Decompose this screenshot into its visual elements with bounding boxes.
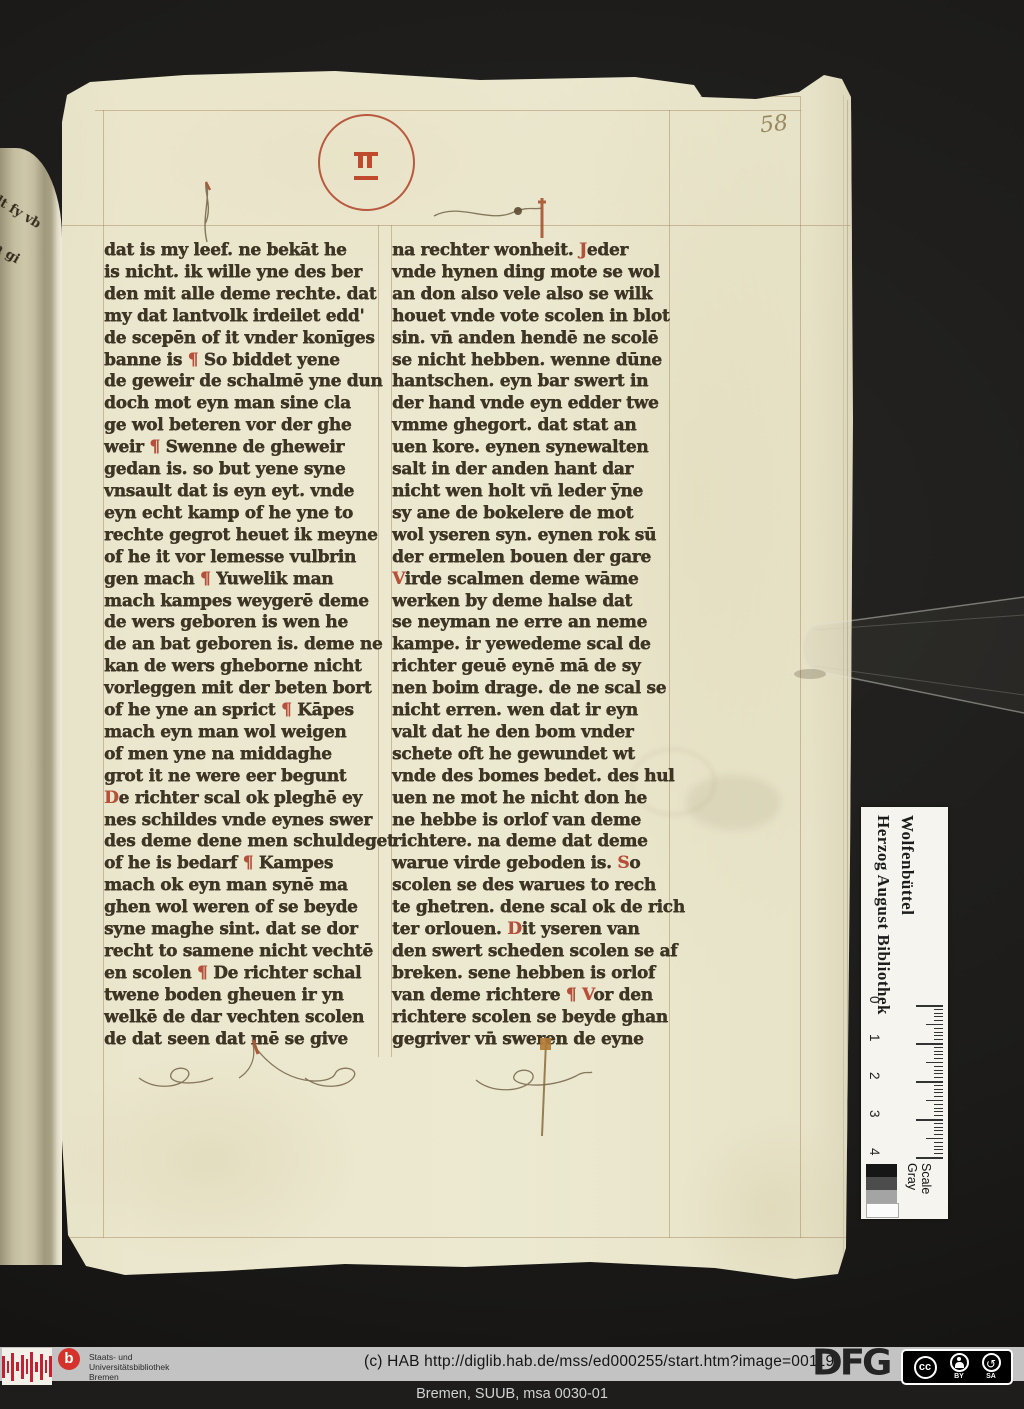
text-line: breken. sene hebben is orlof (392, 963, 676, 985)
person-body (955, 1362, 964, 1368)
ruler-title-line1: Herzog August Bibliothek (874, 815, 893, 1015)
barcode-bar (35, 1362, 38, 1372)
text-line: den swert scheden scolen se af (392, 941, 676, 963)
text-line: vnde hynen ding mote se wol (392, 262, 676, 284)
text-line: an don also vele also se wilk (392, 284, 676, 306)
ruler-tick (934, 1032, 943, 1033)
ruler-tick (934, 1153, 943, 1154)
text-column-right: na rechter wonheit. Jedervnde hynen ding… (392, 240, 676, 1051)
ruler-tick (926, 1024, 943, 1025)
text-line: Virde scalmen deme wāme (392, 569, 676, 591)
barcode-bar (2, 1356, 5, 1378)
text-line: warue virde geboden is. So (392, 853, 676, 875)
ruler-tick (934, 1130, 943, 1131)
text-line: de scepēn of it vnder konīges (104, 328, 382, 350)
ruler-tick (934, 1051, 943, 1052)
ruler-tick (934, 1039, 943, 1040)
ruler-tick (926, 1138, 943, 1139)
barcode-bar (7, 1361, 10, 1373)
text-line: mach eyn man wol weigen (104, 722, 382, 744)
ruler-tick (934, 1092, 943, 1093)
text-line: sin. vn̄ anden hendē ne scolē (392, 328, 676, 350)
barcode-bar (40, 1354, 43, 1380)
text-fragment: voungi (0, 223, 8, 314)
text-line: ge wol beteren vor der ghe (104, 415, 382, 437)
pen-flourish-bottom-right (468, 1032, 598, 1142)
barcode-bar (26, 1359, 29, 1374)
text-line: hantschen. eyn bar swert in (392, 371, 676, 393)
text-line: doch mot eyn man sine cla (104, 393, 382, 415)
ruling-line-horizontal (95, 110, 801, 111)
barcode-bar (16, 1362, 19, 1371)
text-line: scolen se des warues to rech (392, 875, 676, 897)
text-line: te ghetren. dene scal ok de rich (392, 897, 676, 919)
text-column-left: dat is my leef. ne bekāt heis nicht. ik … (104, 240, 382, 1051)
ruler-tick (934, 1111, 943, 1112)
grayscale-patch (866, 1203, 899, 1218)
text-line: nes schildes vnde eynes swer (104, 810, 382, 832)
ruler-tick (916, 1043, 943, 1045)
text-line: se nicht hebben. wenne dūne (392, 350, 676, 372)
ruler-tick (934, 1104, 943, 1105)
barcode-bar (49, 1356, 52, 1377)
text-fragment: rum gi (0, 188, 29, 279)
text-line: of he it vor lemesse vulbrin (104, 547, 382, 569)
red-circle-mark (318, 114, 415, 211)
text-line: ne hebbe is orlof van deme (392, 810, 676, 832)
grayscale-patch (866, 1177, 897, 1190)
ruler-tick (934, 1013, 943, 1014)
ruler-tick (934, 1073, 943, 1074)
text-line: rechte gegrot heuet ik meyne (104, 525, 382, 547)
text-line: twene boden gheuen ir yn (104, 985, 382, 1007)
library-name: Staats- undUniversitätsbibliothekBremen (89, 1352, 169, 1382)
text-line: vmme ghegort. dat stat an (392, 415, 676, 437)
text-line: de an bat geboren is. deme ne (104, 634, 382, 656)
ruler-number: 2 (867, 1072, 883, 1080)
text-line: der ermelen bouen der gare (392, 547, 676, 569)
text-line: of he is bedarf ¶ Kampes (104, 853, 382, 875)
text-line: sy ane de bokelere de mot (392, 503, 676, 525)
ruler-tick (934, 1096, 943, 1097)
dfg-logo: DFG (812, 1342, 889, 1383)
ruling-line-horizontal (64, 1237, 846, 1238)
page-holder-rod (780, 560, 1024, 760)
text-line: mach kampes weygerē deme (104, 591, 382, 613)
text-line: gen mach ¶ Yuwelik man (104, 569, 382, 591)
barcode-bar (11, 1353, 14, 1381)
ruler-tick (926, 1062, 943, 1063)
text-line: wol yseren syn. eynen rok sū (392, 525, 676, 547)
text-line: richtere scolen se beyde ghan (392, 1007, 676, 1029)
text-line: syne maghe sint. dat se dor (104, 919, 382, 941)
ruler-tick (934, 1146, 943, 1147)
text-line: van deme richtere ¶ Vor den (392, 985, 676, 1007)
ruler-tick (934, 1066, 943, 1067)
text-fragment: dt fy vb (0, 152, 50, 243)
pen-flourish-top-left (185, 178, 245, 244)
text-line: ter orlouen. Dit yseren van (392, 919, 676, 941)
text-line: gedan is. so but yene syne (104, 459, 382, 481)
text-line: mach ok eyn man synē ma (104, 875, 382, 897)
ruler-tick (926, 1100, 943, 1101)
text-line: schete oft he gewundet wt (392, 744, 676, 766)
text-line: der hand vnde eyn edder twe (392, 393, 676, 415)
ruler-number: 3 (867, 1110, 883, 1118)
text-line: kampe. ir yewedeme scal de (392, 634, 676, 656)
library-name-line: Bremen (89, 1372, 169, 1382)
ruler-tick (934, 1054, 943, 1055)
ruler-tick (934, 1123, 943, 1124)
red-shelfmark-glyph (354, 152, 378, 180)
text-line: nen boim drage. de ne scal se (392, 678, 676, 700)
grayscale-label: Gray Scale (905, 1163, 933, 1219)
library-name-line: Staats- und (89, 1352, 169, 1362)
text-line: welkē de dar vechten scolen (104, 1007, 382, 1029)
text-line: vnde des bomes bedet. des hul (392, 766, 676, 788)
sa-arrow-glyph: ↺ (986, 1357, 996, 1371)
photo-background: dt fy vbrum givoungifen driir mostiarri … (0, 0, 1024, 1347)
ruler-tick (916, 1157, 943, 1159)
previous-page-edge: dt fy vbrum givoungifen driir mostiarri … (0, 148, 62, 1265)
ruler-tick (916, 1081, 943, 1083)
ruler-number: 4 (867, 1148, 883, 1156)
ruler-title-line2: Wolfenbüttel (898, 815, 917, 915)
pen-flourish-top-right (430, 188, 570, 248)
image-caption: Bremen, SUUB, msa 0030-01 (0, 1386, 1024, 1402)
library-name-line: Universitätsbibliothek (89, 1362, 169, 1372)
text-line: ghen wol weren of se beyde (104, 897, 382, 919)
ruler-tick (934, 1115, 943, 1116)
ruler-tick (934, 1028, 943, 1029)
ruler-tick (934, 1108, 943, 1109)
ruler-tick (934, 1058, 943, 1059)
text-line: uen kore. eynen synewalten (392, 437, 676, 459)
calibration-ruler: Herzog August Bibliothek Wolfenbüttel 01… (861, 807, 948, 1219)
ruler-tick (934, 1127, 943, 1128)
ruler-tick (934, 1134, 943, 1135)
grayscale-patch (866, 1190, 897, 1203)
text-line: se neyman ne erre an neme (392, 612, 676, 634)
text-line: werken by deme halse dat (392, 591, 676, 613)
ruler-number: 1 (867, 1034, 883, 1042)
text-line: vorleggen mit der beten bort (104, 678, 382, 700)
copyright-url: (c) HAB http://diglib.hab.de/mss/ed00025… (364, 1353, 834, 1371)
cc-sa-arrow-icon: ↺ (982, 1353, 1001, 1372)
ruler-tick (934, 1149, 943, 1150)
text-line: uen ne mot he nicht don he (392, 788, 676, 810)
suub-b-logo: b (58, 1348, 80, 1370)
cc-by-group: BY (950, 1353, 969, 1381)
ruler-tick (916, 1005, 943, 1007)
ruler-tick (934, 1035, 943, 1036)
text-line: des deme dene men schuldeget (104, 831, 382, 853)
text-line: salt in der anden hant dar (392, 459, 676, 481)
cc-sa-label: SA (986, 1373, 996, 1381)
ruler-number: 0 (867, 996, 883, 1004)
ruler-tick (916, 1119, 943, 1121)
text-line: of men yne na middaghe (104, 744, 382, 766)
manuscript-page: 58 dat is my leef. ne bekāt heis nicht. … (0, 0, 860, 1305)
ruler-tick (934, 1142, 943, 1143)
text-line: richtere. na deme dat deme (392, 831, 676, 853)
barcode-bar (45, 1360, 48, 1373)
ink-showthrough (686, 775, 781, 830)
text-line: my dat lantvolk irdeilet edd' (104, 306, 382, 328)
ruler-tick (934, 1089, 943, 1090)
text-line: nicht erren. wen dat ir eyn (392, 700, 676, 722)
text-line: nicht wen holt vn̄ leder ȳne (392, 481, 676, 503)
text-line: recht to samene nicht vechtē (104, 941, 382, 963)
ruler-tick (934, 1047, 943, 1048)
person-head (957, 1357, 961, 1361)
digitized-manuscript-viewer: dt fy vbrum givoungifen driir mostiarri … (0, 0, 1024, 1409)
barcode-bar (30, 1352, 33, 1382)
barcode-bar (21, 1355, 24, 1379)
text-line: de geweir de schalmē yne dun (104, 371, 382, 393)
folio-number: 58 (759, 111, 789, 139)
ruler-tick (934, 1070, 943, 1071)
cc-icon: cc (914, 1356, 937, 1379)
text-line: vnsault dat is eyn eyt. vnde (104, 481, 382, 503)
text-line: of he yne an sprict ¶ Kāpes (104, 700, 382, 722)
text-line: banne is ¶ So biddet yene (104, 350, 382, 372)
suub-barcode-logo (2, 1348, 52, 1385)
pen-flourish-bottom-left (135, 1038, 365, 1100)
text-line: weir ¶ Swenne de gheweir (104, 437, 382, 459)
text-line: eyn echt kamp of he yne to (104, 503, 382, 525)
cc-sa-group: ↺ SA (982, 1353, 1001, 1381)
text-line: richter geuē eynē mā de sy (392, 656, 676, 678)
cc-license-badge: cc BY ↺ SA (901, 1349, 1013, 1385)
ruler-tick (934, 1085, 943, 1086)
text-line: den mit alle deme rechte. dat (104, 284, 382, 306)
text-line: is nicht. ik wille yne des ber (104, 262, 382, 284)
text-line: grot it ne were eer begunt (104, 766, 382, 788)
ruler-tick (934, 1020, 943, 1021)
ruler-tick (934, 1077, 943, 1078)
text-line: houet vnde vote scolen in blot (392, 306, 676, 328)
text-line: en scolen ¶ De richter schal (104, 963, 382, 985)
cc-by-label: BY (954, 1373, 964, 1381)
previous-page-text-fragments: dt fy vbrum givoungifen driir mostiarri … (0, 152, 50, 911)
ruling-line-horizontal (700, 96, 800, 97)
ruler-tick (934, 1009, 943, 1010)
ruler-tick (934, 1016, 943, 1017)
text-line: de wers geboren is wen he (104, 612, 382, 634)
text-line: De richter scal ok pleghē ey (104, 788, 382, 810)
cc-by-person-icon (950, 1353, 969, 1372)
text-line: kan de wers gheborne nicht (104, 656, 382, 678)
grayscale-patch (866, 1164, 897, 1177)
text-line: valt dat he den bom vnder (392, 722, 676, 744)
